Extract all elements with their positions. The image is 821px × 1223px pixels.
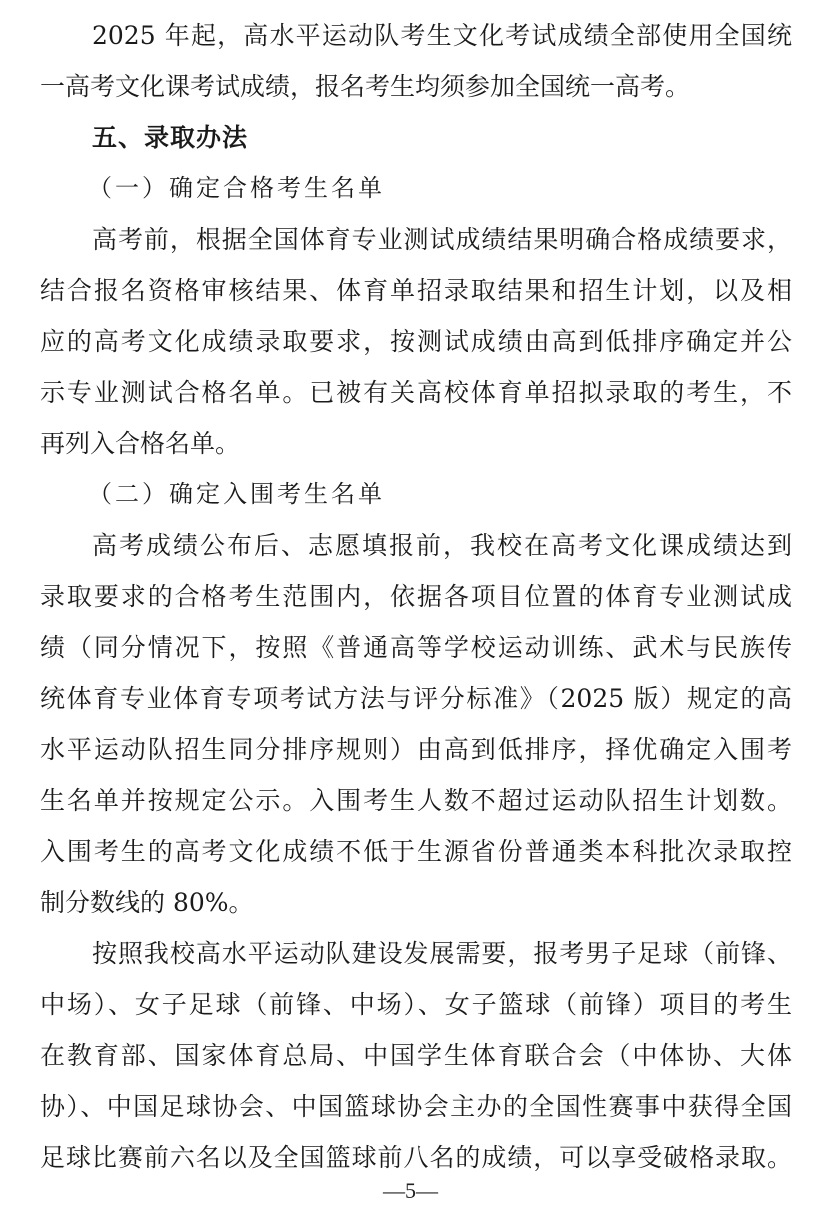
document-page: 2025 年起，高水平运动队考生文化考试成绩全部使用全国统 一高考文化课考试成绩… — [40, 10, 792, 1183]
text-line: 绩（同分情况下，按照《普通高等学校运动训练、武术与民族传 — [40, 622, 792, 673]
text-line: 应的高考文化成绩录取要求，按测试成绩由高到低排序确定并公 — [40, 316, 792, 367]
text-line: 在教育部、国家体育总局、中国学生体育联合会（中体协、大体 — [40, 1030, 792, 1081]
text-line: 协）、中国足球协会、中国篮球协会主办的全国性赛事中获得全国 — [40, 1081, 792, 1132]
text-line: 统体育专业体育专项考试方法与评分标准》（2025 版）规定的高 — [40, 673, 792, 724]
paragraph-exceptional-admission: 按照我校高水平运动队建设发展需要，报考男子足球（前锋、 中场）、女子足球（前锋、… — [40, 928, 792, 1183]
text-line: 2025 年起，高水平运动队考生文化考试成绩全部使用全国统 — [40, 10, 792, 61]
text-line: 录取要求的合格考生范围内，依据各项目位置的体育专业测试成 — [40, 571, 792, 622]
text-line: 高考前，根据全国体育专业测试成绩结果明确合格成绩要求， — [40, 214, 792, 265]
text-line: 示专业测试合格名单。已被有关高校体育单招拟录取的考生，不 — [40, 367, 792, 418]
text-line: 足球比赛前六名以及全国篮球前八名的成绩，可以享受破格录取。 — [40, 1132, 792, 1183]
text-line: 结合报名资格审核结果、体育单招录取结果和招生计划，以及相 — [40, 265, 792, 316]
subsection-heading: （一）确定合格考生名单 — [40, 163, 792, 214]
page-number: —5— — [0, 1178, 821, 1204]
text-line: 水平运动队招生同分排序规则）由高到低排序，择优确定入围考 — [40, 724, 792, 775]
text-line: 再列入合格名单。 — [40, 418, 792, 469]
text-line: 一高考文化课考试成绩，报名考生均须参加全国统一高考。 — [40, 61, 792, 112]
subsection-heading: （二）确定入围考生名单 — [40, 469, 792, 520]
text-line: 高考成绩公布后、志愿填报前，我校在高考文化课成绩达到 — [40, 520, 792, 571]
paragraph-admission-exam: 2025 年起，高水平运动队考生文化考试成绩全部使用全国统 一高考文化课考试成绩… — [40, 10, 792, 112]
section-heading: 五、录取办法 — [40, 112, 792, 163]
paragraph-qualified-list: 高考前，根据全国体育专业测试成绩结果明确合格成绩要求， 结合报名资格审核结果、体… — [40, 214, 792, 469]
text-line: 生名单并按规定公示。入围考生人数不超过运动队招生计划数。 — [40, 775, 792, 826]
text-line: 按照我校高水平运动队建设发展需要，报考男子足球（前锋、 — [40, 928, 792, 979]
paragraph-shortlist: 高考成绩公布后、志愿填报前，我校在高考文化课成绩达到 录取要求的合格考生范围内，… — [40, 520, 792, 928]
text-line: 中场）、女子足球（前锋、中场）、女子篮球（前锋）项目的考生 — [40, 979, 792, 1030]
text-line: 入围考生的高考文化成绩不低于生源省份普通类本科批次录取控 — [40, 826, 792, 877]
text-line: 制分数线的 80%。 — [40, 877, 792, 928]
